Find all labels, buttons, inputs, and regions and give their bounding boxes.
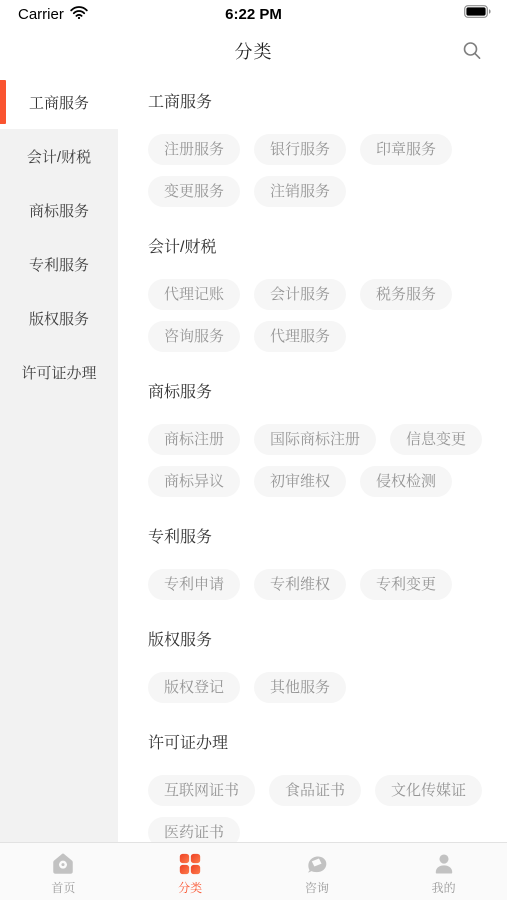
tag-list: 代理记账会计服务税务服务咨询服务代理服务 <box>148 279 497 352</box>
tab-profile[interactable]: 我的 <box>380 843 507 900</box>
tag-pill[interactable]: 专利维权 <box>254 569 346 600</box>
home-icon <box>50 851 76 877</box>
page-body: 工商服务会计/财税商标服务专利服务版权服务许可证办理 工商服务注册服务银行服务印… <box>0 75 507 900</box>
category-section-1: 会计/财税代理记账会计服务税务服务咨询服务代理服务 <box>148 237 497 352</box>
tag-pill[interactable]: 银行服务 <box>254 134 346 165</box>
tag-pill[interactable]: 咨询服务 <box>148 321 240 352</box>
section-title: 版权服务 <box>148 630 497 652</box>
tag-pill[interactable]: 注销服务 <box>254 176 346 207</box>
sidebar-item-label: 版权服务 <box>29 308 89 329</box>
tab-label: 首页 <box>51 879 75 896</box>
consult-icon <box>304 851 330 877</box>
nav-bar: 分类 <box>0 26 507 75</box>
tab-label: 咨询 <box>305 879 329 896</box>
tag-list: 注册服务银行服务印章服务变更服务注销服务 <box>148 134 497 207</box>
sidebar-item-5[interactable]: 许可证办理 <box>0 345 118 399</box>
section-title: 专利服务 <box>148 527 497 549</box>
active-indicator <box>0 80 6 124</box>
app-screen: Carrier 6:22 PM 分类 <box>0 0 507 900</box>
tab-home[interactable]: 首页 <box>0 843 127 900</box>
sidebar-item-0[interactable]: 工商服务 <box>0 75 118 129</box>
tag-pill[interactable]: 专利申请 <box>148 569 240 600</box>
tag-pill[interactable]: 食品证书 <box>269 775 361 806</box>
tag-pill[interactable]: 侵权检测 <box>360 466 452 497</box>
sidebar-item-label: 专利服务 <box>29 254 89 275</box>
battery-icon <box>464 5 491 23</box>
tag-pill[interactable]: 商标注册 <box>148 424 240 455</box>
category-section-5: 许可证办理互联网证书食品证书文化传媒证医药证书 <box>148 733 497 848</box>
tag-pill[interactable]: 代理服务 <box>254 321 346 352</box>
tag-pill[interactable]: 税务服务 <box>360 279 452 310</box>
section-title: 商标服务 <box>148 382 497 404</box>
sidebar-item-3[interactable]: 专利服务 <box>0 237 118 291</box>
tab-category-grid[interactable]: 分类 <box>127 843 254 900</box>
tab-consult[interactable]: 咨询 <box>254 843 381 900</box>
section-title: 会计/财税 <box>148 237 497 259</box>
tag-pill[interactable]: 注册服务 <box>148 134 240 165</box>
section-title: 工商服务 <box>148 92 497 114</box>
tag-pill[interactable]: 印章服务 <box>360 134 452 165</box>
category-sidebar: 工商服务会计/财税商标服务专利服务版权服务许可证办理 <box>0 75 118 900</box>
tag-pill[interactable]: 信息变更 <box>390 424 482 455</box>
section-title: 许可证办理 <box>148 733 497 755</box>
wifi-icon <box>70 6 88 23</box>
tab-label: 我的 <box>432 879 456 896</box>
category-grid-icon <box>177 851 203 877</box>
tag-pill[interactable]: 互联网证书 <box>148 775 255 806</box>
sidebar-item-label: 许可证办理 <box>21 362 96 383</box>
sidebar-item-label: 商标服务 <box>29 200 89 221</box>
search-icon[interactable] <box>459 38 485 64</box>
sidebar-item-label: 工商服务 <box>29 92 89 113</box>
tag-pill[interactable]: 代理记账 <box>148 279 240 310</box>
status-bar: Carrier 6:22 PM <box>0 0 507 26</box>
tag-pill[interactable]: 其他服务 <box>254 672 346 703</box>
tag-pill[interactable]: 会计服务 <box>254 279 346 310</box>
category-content: 工商服务注册服务银行服务印章服务变更服务注销服务会计/财税代理记账会计服务税务服… <box>118 75 507 900</box>
tag-pill[interactable]: 国际商标注册 <box>254 424 376 455</box>
profile-icon <box>431 851 457 877</box>
tag-list: 互联网证书食品证书文化传媒证医药证书 <box>148 775 497 848</box>
carrier-label: Carrier <box>18 6 64 23</box>
sidebar-item-1[interactable]: 会计/财税 <box>0 129 118 183</box>
category-section-4: 版权服务版权登记其他服务 <box>148 630 497 703</box>
tag-list: 版权登记其他服务 <box>148 672 497 703</box>
tag-pill[interactable]: 专利变更 <box>360 569 452 600</box>
sidebar-item-4[interactable]: 版权服务 <box>0 291 118 345</box>
tag-list: 专利申请专利维权专利变更 <box>148 569 497 600</box>
tag-list: 商标注册国际商标注册信息变更商标异议初审维权侵权检测 <box>148 424 497 497</box>
category-section-0: 工商服务注册服务银行服务印章服务变更服务注销服务 <box>148 92 497 207</box>
tag-pill[interactable]: 版权登记 <box>148 672 240 703</box>
sidebar-item-label: 会计/财税 <box>27 146 91 167</box>
page-title: 分类 <box>0 38 507 64</box>
sidebar-item-2[interactable]: 商标服务 <box>0 183 118 237</box>
tag-pill[interactable]: 初审维权 <box>254 466 346 497</box>
tab-label: 分类 <box>178 879 202 896</box>
tag-pill[interactable]: 变更服务 <box>148 176 240 207</box>
tag-pill[interactable]: 文化传媒证 <box>375 775 482 806</box>
tab-bar: 首页分类咨询我的 <box>0 842 507 900</box>
category-section-3: 专利服务专利申请专利维权专利变更 <box>148 527 497 600</box>
tag-pill[interactable]: 商标异议 <box>148 466 240 497</box>
category-section-2: 商标服务商标注册国际商标注册信息变更商标异议初审维权侵权检测 <box>148 382 497 497</box>
